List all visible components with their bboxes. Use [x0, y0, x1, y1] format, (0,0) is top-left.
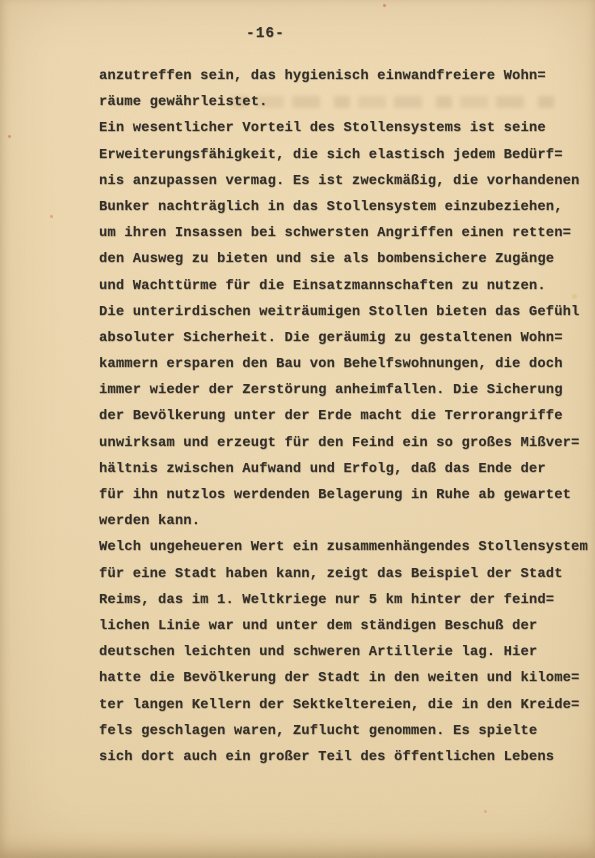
page-number: -16- — [246, 26, 285, 42]
text-line: immer wieder der Zerstörung anheimfallen… — [99, 378, 579, 404]
text-line: fels geschlagen waren, Zuflucht genommen… — [99, 719, 579, 745]
text-line: unwirksam und erzeugt für den Feind ein … — [99, 431, 579, 457]
text-line: lichen Linie war und unter dem ständigen… — [99, 614, 579, 640]
text-line: sich dort auch ein großer Teil des öffen… — [99, 745, 579, 771]
text-line: deutschen leichten und schweren Artiller… — [99, 640, 579, 666]
text-line: Erweiterungsfähigkeit, die sich elastisc… — [99, 143, 579, 169]
paper-specks — [383, 4, 386, 7]
text-line: hatte die Bevölkerung der Stadt in den w… — [99, 666, 579, 692]
text-line: hältnis zwischen Aufwand und Erfolg, daß… — [99, 457, 579, 483]
text-line: kammern ersparen den Bau von Behelfswohn… — [99, 352, 579, 378]
document-page: -16- anzutreffen sein, das hygienisch ei… — [0, 0, 595, 858]
text-line: räume gewährleistet. — [99, 90, 579, 116]
text-line: Die unterirdischen weiträumigen Stollen … — [99, 300, 579, 326]
text-line: für eine Stadt haben kann, zeigt das Bei… — [99, 562, 579, 588]
text-line: Reims, das im 1. Weltkriege nur 5 km hin… — [99, 588, 579, 614]
text-line: anzutreffen sein, das hygienisch einwand… — [99, 64, 579, 90]
text-line: nis anzupassen vermag. Es ist zweckmäßig… — [99, 169, 579, 195]
text-line: werden kann. — [99, 509, 579, 535]
text-line: der Bevölkerung unter der Erde macht die… — [99, 404, 579, 430]
text-line: und Wachttürme für die Einsatzmannschaft… — [99, 274, 579, 300]
text-line: absoluter Sicherheit. Die geräumig zu ge… — [99, 326, 579, 352]
text-line: den Ausweg zu bieten und sie als bombens… — [99, 247, 579, 273]
body-text: anzutreffen sein, das hygienisch einwand… — [99, 64, 579, 771]
text-line: ter langen Kellern der Sektkeltereien, d… — [99, 693, 579, 719]
text-line: Bunker nachträglich in das Stollensystem… — [99, 195, 579, 221]
text-line: um ihren Insassen bei schwersten Angriff… — [99, 221, 579, 247]
text-line: Ein wesentlicher Vorteil des Stollensyst… — [99, 116, 579, 142]
text-line: für ihn nutzlos werdenden Belagerung in … — [99, 483, 579, 509]
text-line: Welch ungeheueren Wert ein zusammenhänge… — [99, 535, 579, 561]
